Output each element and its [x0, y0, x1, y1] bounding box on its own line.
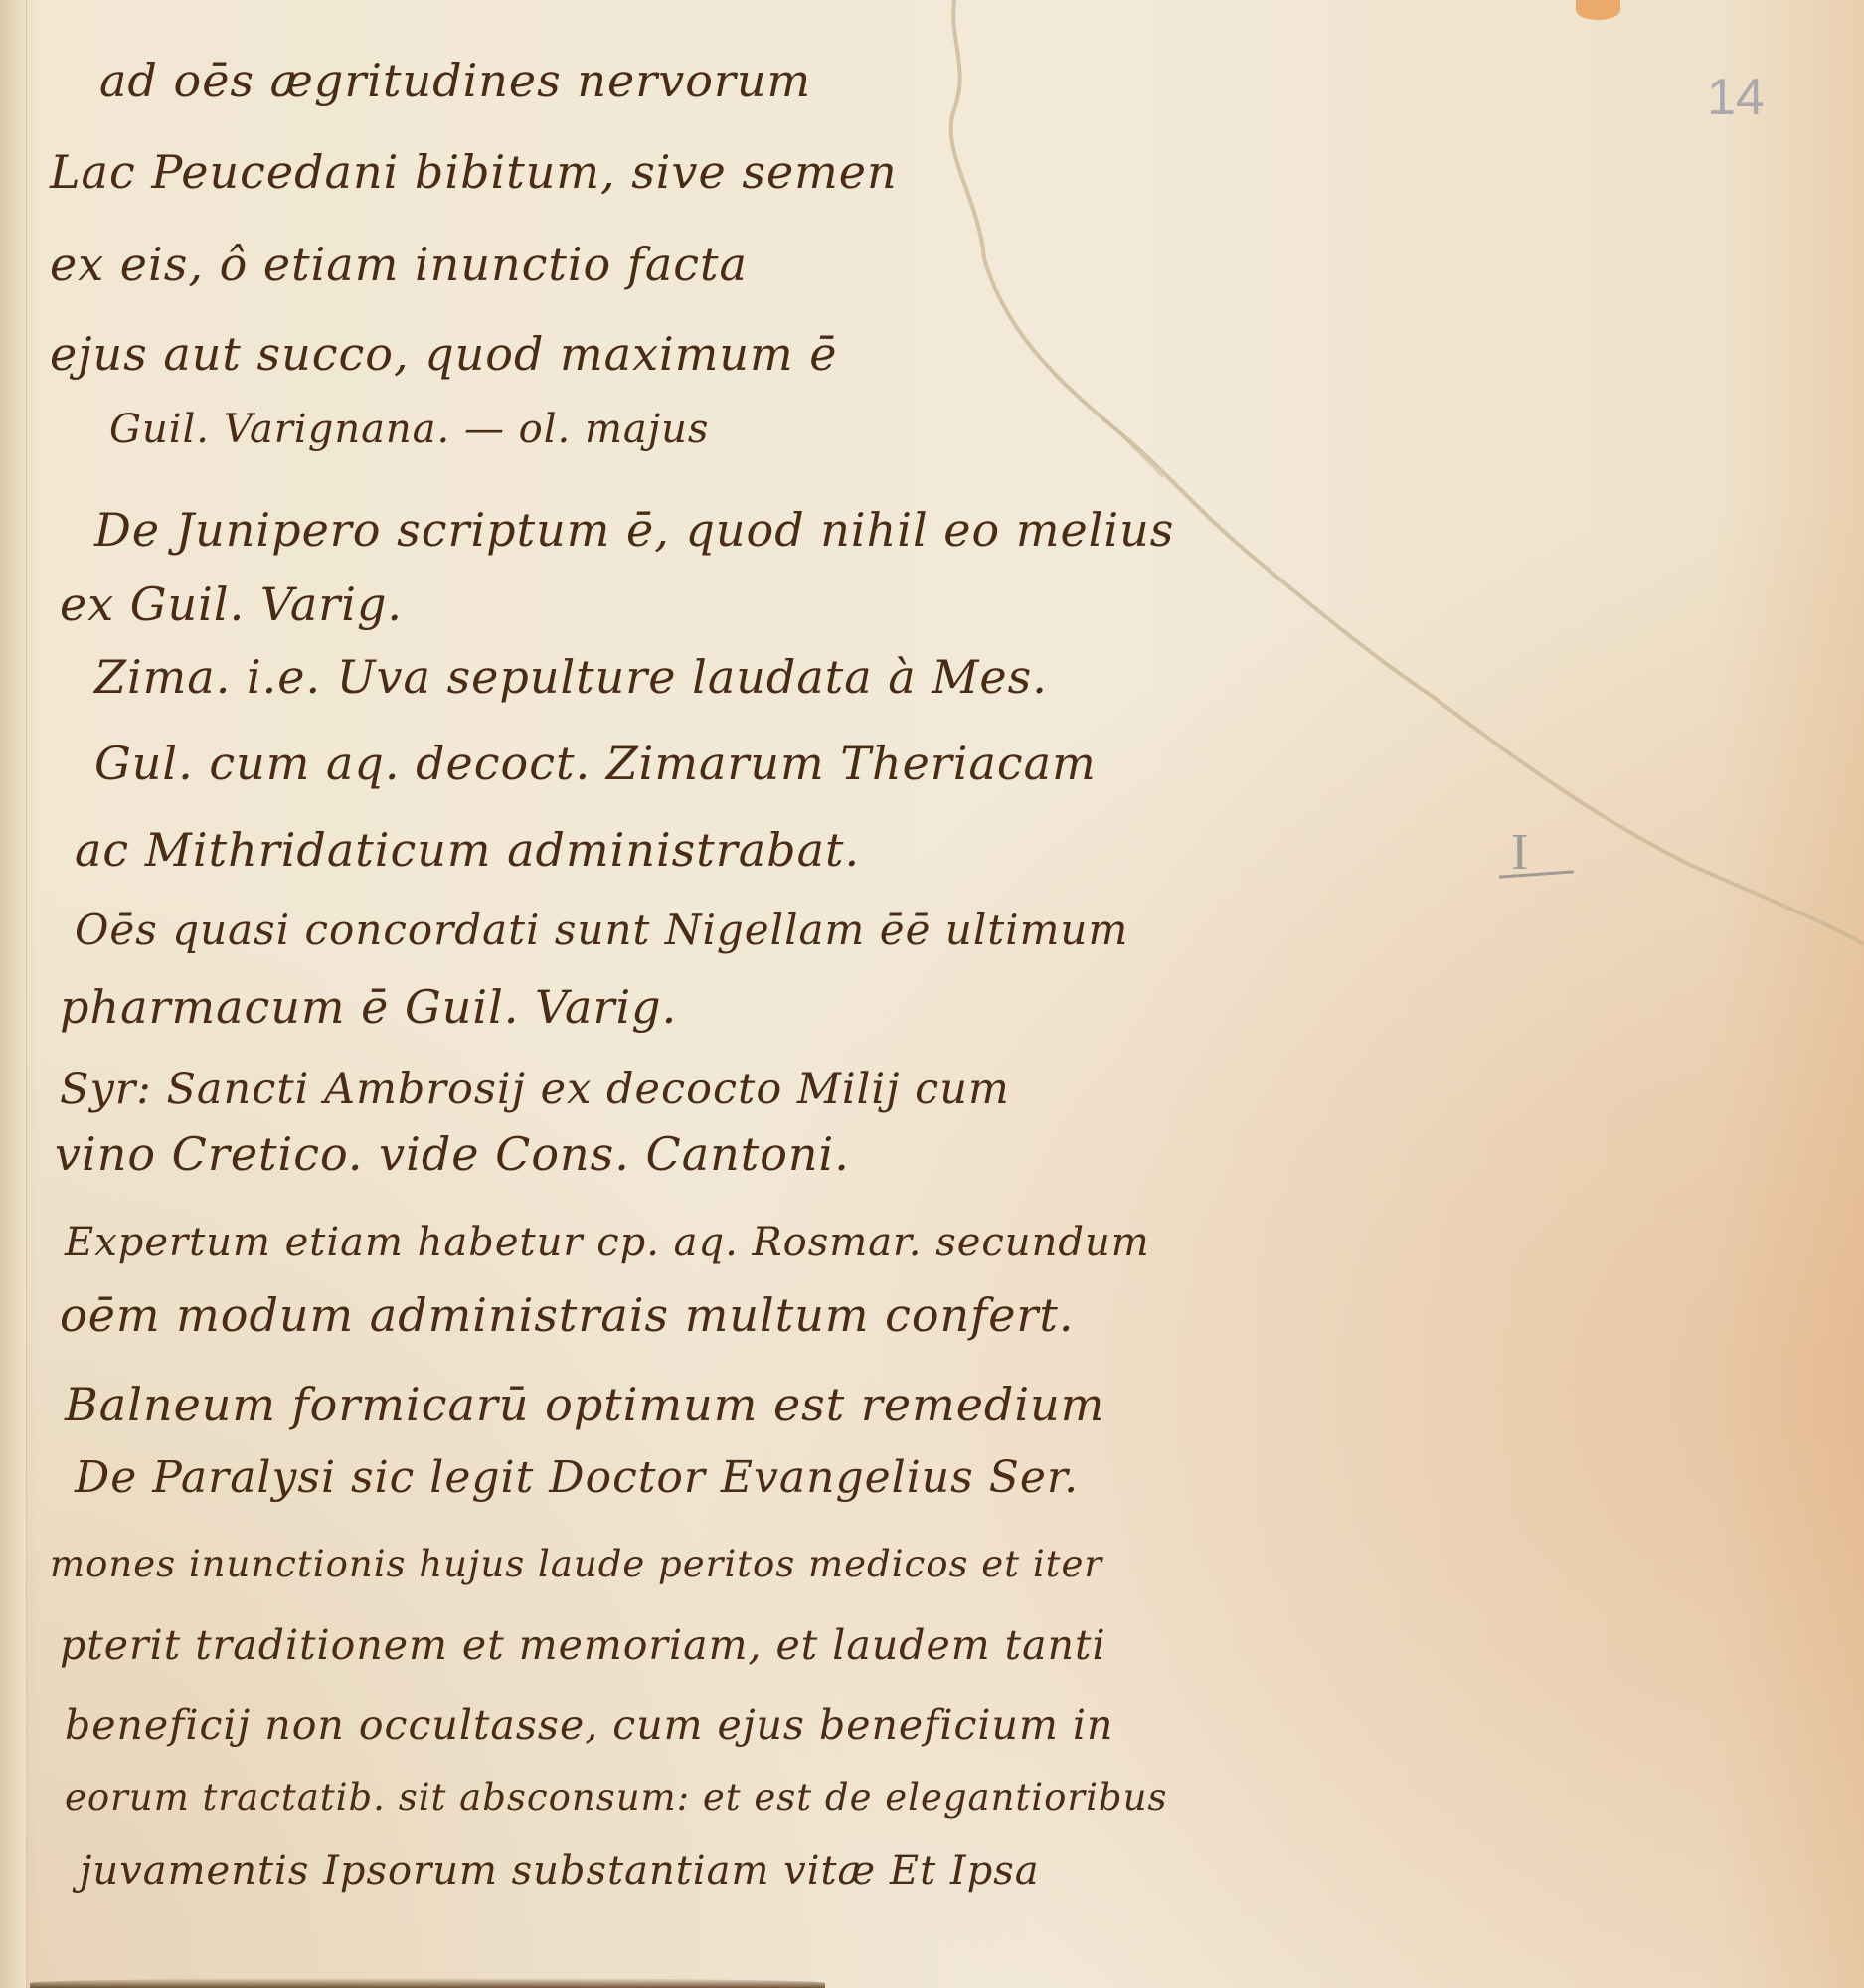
text-line: Lac Peucedani bibitum, sive semen — [50, 149, 898, 195]
text-line: Guil. Varignana. — ol. majus — [109, 410, 709, 449]
text-line: mones inunctionis hujus laude peritos me… — [50, 1546, 1102, 1582]
text-line: pterit traditionem et memoriam, et laude… — [60, 1625, 1106, 1666]
text-line: ex Guil. Varig. — [60, 581, 403, 627]
text-line: ad oēs ægritudines nervorum — [99, 58, 811, 103]
text-line: pharmacum ē Guil. Varig. — [60, 984, 677, 1030]
text-line: ac Mithridaticum administrabat. — [75, 827, 860, 873]
text-line: oēm modum administrais multum confert. — [60, 1292, 1075, 1338]
text-line: ejus aut succo, quod maximum ē — [50, 331, 837, 377]
manuscript-page: 14 I ad oēs ægritudines nervorum Lac Peu… — [0, 0, 1864, 1988]
text-line: Gul. cum aq. decoct. Zimarum Theriacam — [94, 741, 1097, 786]
text-line: beneficij non occultasse, cum ejus benef… — [65, 1705, 1113, 1745]
text-line: Balneum formicarū optimum est remedium — [65, 1382, 1104, 1427]
text-line: Zima. i.e. Uva sepulture laudata à Mes. — [94, 654, 1048, 700]
text-line: Expertum etiam habetur cp. aq. Rosmar. s… — [65, 1223, 1150, 1262]
page-bottom-shadow — [30, 1978, 825, 1988]
text-line: ex eis, ô etiam inunctio facta — [50, 242, 748, 287]
manuscript-text: ad oēs ægritudines nervorum Lac Peucedan… — [0, 0, 1864, 1988]
text-line: De Junipero scriptum ē, quod nihil eo me… — [94, 507, 1174, 553]
text-line: Oēs quasi concordati sunt Nigellam ēē ul… — [75, 910, 1128, 951]
text-line: De Paralysi sic legit Doctor Evangelius … — [75, 1456, 1079, 1500]
text-line: vino Cretico. vide Cons. Cantoni. — [55, 1131, 850, 1177]
text-line: Syr: Sancti Ambrosij ex decocto Milij cu… — [60, 1069, 1010, 1111]
text-line: eorum tractatib. sit absconsum: et est d… — [65, 1779, 1167, 1816]
text-line: juvamentis Ipsorum substantiam vitæ Et I… — [80, 1851, 1040, 1891]
